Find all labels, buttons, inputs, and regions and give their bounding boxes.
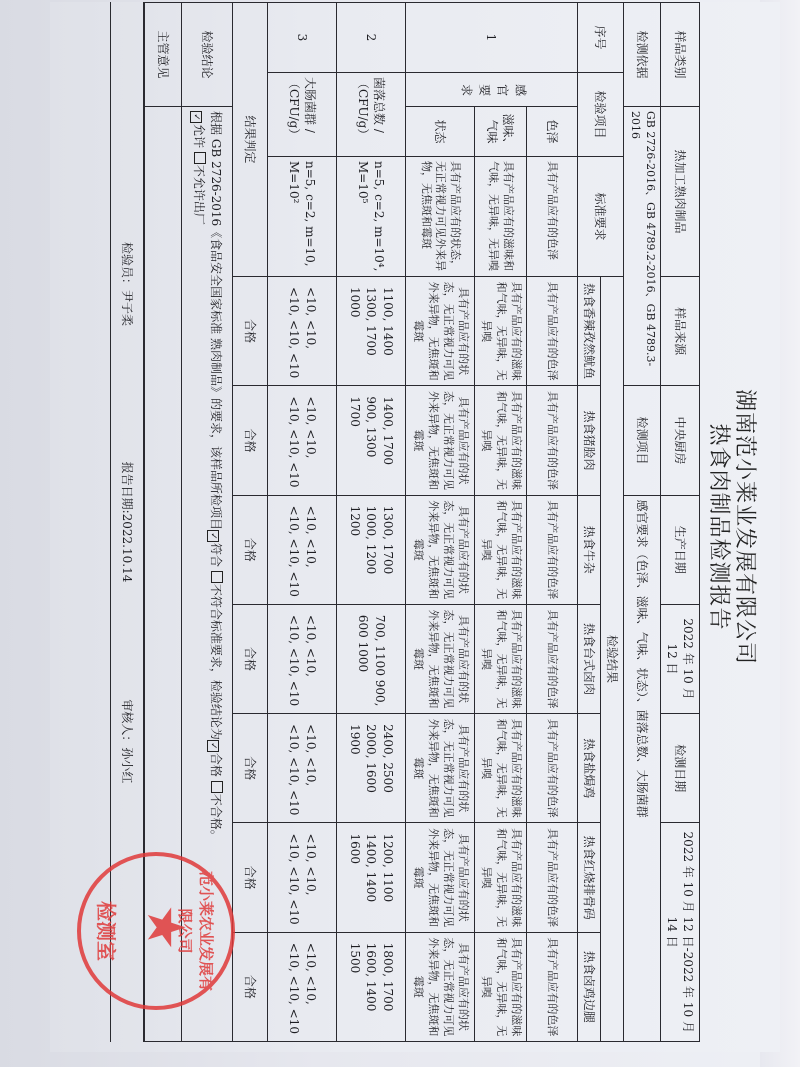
production-date-label: 生产日期: [660, 495, 699, 604]
result-cell: 具有产品应有的滋味和气味，无异味，无异嗅: [475, 604, 527, 713]
unchecked-box-icon: [211, 781, 223, 793]
result-cell: 具有产品应有的滋味和气味，无异味，无异嗅: [475, 495, 527, 604]
verdict-row: 结果判定 合格合格合格合格合格合格合格: [233, 3, 268, 1042]
unchecked-box-icon: [211, 571, 223, 583]
basis: GB 2726-2016、GB 4789.2-2016、GB 4789.3-20…: [623, 107, 660, 386]
col-results: 检验结果: [600, 277, 623, 1042]
item-name: 菌落总数 /（CFU/g）: [337, 73, 406, 157]
result-cell: 具有产品应有的状态，无正常视力可见外来异物，无焦斑和霉斑: [406, 714, 475, 823]
item-name: 色泽: [526, 107, 577, 157]
unchecked-box-icon: [194, 152, 206, 164]
supervisor-label: 主管意见: [145, 3, 182, 107]
result-cell: 具有产品应有的色泽: [526, 604, 577, 713]
result-cell: 具有产品应有的色泽: [526, 932, 577, 1041]
standard: 具有产品应有的状态，无正常视力可见外来异物，无焦斑和霉斑: [406, 157, 475, 277]
result-values: 2400, 2500 2000, 1600 1900: [337, 714, 406, 823]
sample-name: 热食牛杂: [577, 495, 600, 604]
result-cell: 具有产品应有的色泽: [526, 823, 577, 932]
conclusion-label: 检验结论: [182, 3, 233, 107]
result-values: 1100, 1400 1300, 1700 1000: [337, 277, 406, 386]
standard: 具有产品应有的色泽: [526, 157, 577, 277]
verdict-cell: 合格: [233, 495, 268, 604]
verdict-cell: 合格: [233, 823, 268, 932]
verdict-cell: 合格: [233, 604, 268, 713]
item-name: 滋味、气味: [475, 107, 527, 157]
checked-box-icon: ✓: [190, 111, 202, 123]
production-date: 2022 年 10 月 12 日: [660, 604, 699, 713]
report-title: 热食肉制品检测报告: [705, 2, 736, 1052]
result-cell: 具有产品应有的色泽: [526, 495, 577, 604]
star-icon: ★: [139, 904, 191, 951]
sample-category-label: 样品类别: [660, 3, 699, 107]
col-standard: 标准要求: [577, 157, 623, 277]
sample-name: 热食台式卤肉: [577, 604, 600, 713]
disallow-option: 不允许出厂: [192, 165, 206, 225]
checked-box-icon: ✓: [207, 530, 219, 542]
result-cell: 具有产品应有的滋味和气味，无异味，无异嗅: [475, 277, 527, 386]
row-no: 3: [268, 3, 337, 73]
result-cell: 具有产品应有的状态，无正常视力可见外来异物，无焦斑和霉斑: [406, 386, 475, 495]
sample-source-label: 样品来源: [660, 277, 699, 386]
sample-name: 热食盐焗鸡: [577, 714, 600, 823]
sample-category: 热加工熟肉制品: [660, 107, 699, 277]
result-values: 1800, 1700 1600, 1400 1500: [337, 932, 406, 1041]
result-values: <10, <10, <10, <10, <10: [268, 604, 337, 713]
result-cell: 具有产品应有的色泽: [526, 277, 577, 386]
test-date-label: 检测日期: [660, 714, 699, 823]
col-item: 检验项目: [577, 73, 623, 157]
test-date: 2022 年 10 月 12 日-2022 年 10 月 14 日: [660, 823, 699, 1042]
sensory-group: 感官要求: [406, 73, 578, 107]
conform-option: 符合: [209, 543, 223, 567]
sample-name: 热食猪脸肉: [577, 386, 600, 495]
allow-option: 允许: [192, 124, 206, 148]
nonconform-option: 不符合标准要求，检验结论为: [209, 584, 223, 740]
standard: n=5, c=2, m=10, M=10²: [268, 157, 337, 277]
row-no: 2: [337, 3, 406, 73]
colony-count-row: 2菌落总数 /（CFU/g）n=5, c=2, m=10⁴, M=10⁵1100…: [337, 3, 406, 1042]
item-name: 状态: [406, 107, 475, 157]
result-values: 1200, 1100 1400, 1400 1600: [337, 823, 406, 932]
report-page: 湖南范小莱业发展有限公司 热食肉制品检测报告 样品类别 热加工熟肉制品 样品来源…: [50, 2, 780, 1052]
result-values: <10, <10, <10, <10, <10: [268, 932, 337, 1041]
result-values: <10, <10, <10, <10, <10: [268, 386, 337, 495]
sample-name: 热食香辣孜然鱿鱼: [577, 277, 600, 386]
meta-row-1: 样品类别 热加工熟肉制品 样品来源 中央厨房 生产日期 2022 年 10 月 …: [660, 3, 699, 1042]
sample-name: 热食卤鸡边腿: [577, 932, 600, 1041]
result-cell: 具有产品应有的状态，无正常视力可见外来异物，无焦斑和霉斑: [406, 932, 475, 1041]
coliform-row: 3大肠菌群 /（CFU/g）n=5, c=2, m=10, M=10²<10, …: [268, 3, 337, 1042]
row-no: 1: [406, 3, 578, 73]
result-cell: 具有产品应有的滋味和气味，无异味，无异嗅: [475, 932, 527, 1041]
result-values: <10, <10, <10, <10, <10: [268, 495, 337, 604]
sample-source: 中央厨房: [660, 386, 699, 495]
sensory-row: 1感官要求色泽具有产品应有的色泽具有产品应有的色泽具有产品应有的色泽具有产品应有…: [526, 3, 577, 1042]
official-stamp: 范小莱农业发展有限公司 ★ 检测室: [77, 852, 235, 1010]
verdict-cell: 合格: [233, 277, 268, 386]
checked-box-icon: ✓: [207, 740, 219, 752]
verdict-cell: 合格: [233, 714, 268, 823]
items: 感官要求（色泽、滋味、气味、状态）、菌落总数、大肠菌群: [623, 495, 660, 1041]
basis-label: 检测依据: [623, 3, 660, 107]
standard: n=5, c=2, m=10⁴, M=10⁵: [337, 157, 406, 277]
result-cell: 具有产品应有的滋味和气味，无异味，无异嗅: [475, 714, 527, 823]
verdict-label: 结果判定: [233, 3, 268, 277]
stamp-center-text: 检测室: [93, 856, 122, 1006]
result-cell: 具有产品应有的状态，无正常视力可见外来异物，无焦斑和霉斑: [406, 823, 475, 932]
inspector: 检验员：尹子柔: [111, 2, 144, 349]
result-cell: 具有产品应有的滋味和气味，无异味，无异嗅: [475, 823, 527, 932]
col-no: 序号: [577, 3, 623, 73]
result-cell: 具有产品应有的状态，无正常视力可见外来异物，无焦斑和霉斑: [406, 604, 475, 713]
header-row: 序号 检验项目 标准要求 检验结果: [600, 3, 623, 1042]
result-cell: 具有产品应有的状态，无正常视力可见外来异物，无焦斑和霉斑: [406, 495, 475, 604]
result-cell: 具有产品应有的滋味和气味，无异味，无异嗅: [475, 386, 527, 495]
conclusion-prefix: 根据 GB 2726-2016《食品安全国家标准 熟肉制品》的要求，该样品所检项…: [209, 111, 223, 530]
sensory-row: 滋味、气味具有产品应有的滋味和气味，无异味，无异嗅具有产品应有的滋味和气味，无异…: [475, 3, 527, 1042]
standard: 具有产品应有的滋味和气味，无异味，无异嗅: [475, 157, 527, 277]
item-name: 大肠菌群 /（CFU/g）: [268, 73, 337, 157]
fail-option: 不合格。: [209, 794, 223, 842]
verdict-cell: 合格: [233, 386, 268, 495]
result-cell: 具有产品应有的色泽: [526, 714, 577, 823]
result-values: <10, <10, <10, <10, <10: [268, 277, 337, 386]
result-values: <10, <10, <10, <10, <10: [268, 714, 337, 823]
result-cell: 具有产品应有的状态，无正常视力可见外来异物，无焦斑和霉斑: [406, 277, 475, 386]
result-cell: 具有产品应有的色泽: [526, 386, 577, 495]
report-date: 报告日期:2022.10.14: [111, 349, 144, 696]
sensory-row: 状态具有产品应有的状态，无正常视力可见外来异物，无焦斑和霉斑具有产品应有的状态，…: [406, 3, 475, 1042]
result-values: <10, <10, <10, <10, <10: [268, 823, 337, 932]
result-values: 700, 1100 900, 600 1000: [337, 604, 406, 713]
result-values: 1400, 1700 900, 1300 1700: [337, 386, 406, 495]
items-label: 检测项目: [623, 386, 660, 495]
verdict-cell: 合格: [233, 932, 268, 1041]
result-values: 1300, 1700 1000, 1200 1200: [337, 495, 406, 604]
meta-row-2: 检测依据 GB 2726-2016、GB 4789.2-2016、GB 4789…: [623, 3, 660, 1042]
sample-name: 热食红烧排骨码: [577, 823, 600, 932]
pass-option: 合格: [209, 753, 223, 777]
